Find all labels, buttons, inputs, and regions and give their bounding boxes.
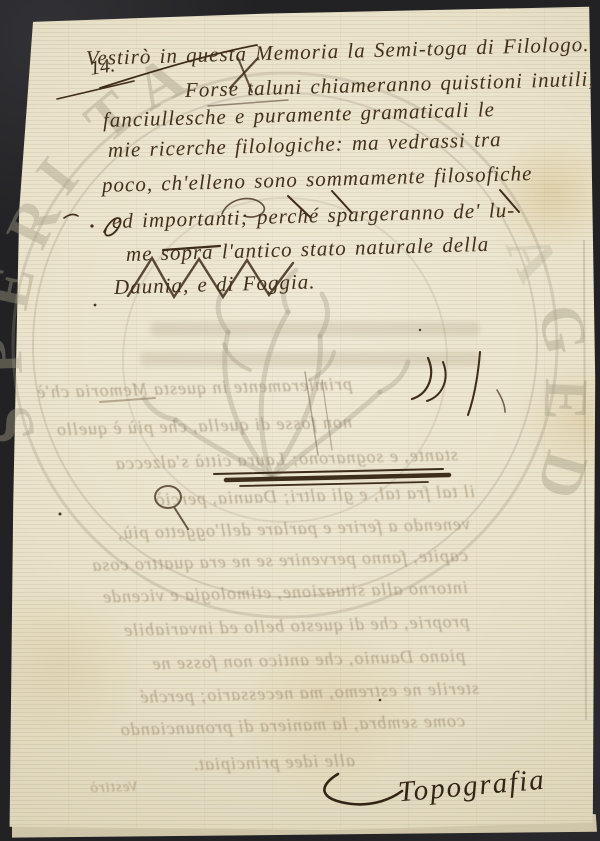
manuscript-scan: A T I R E P S A G E D primieramente in q…	[0, 0, 600, 841]
bleedthrough-smudge	[150, 322, 480, 336]
bleedthrough-line: alle idee principiat.	[205, 750, 355, 775]
bleedthrough-smudge	[140, 352, 480, 366]
bleedthrough-catchword: Vestirò	[58, 779, 138, 798]
